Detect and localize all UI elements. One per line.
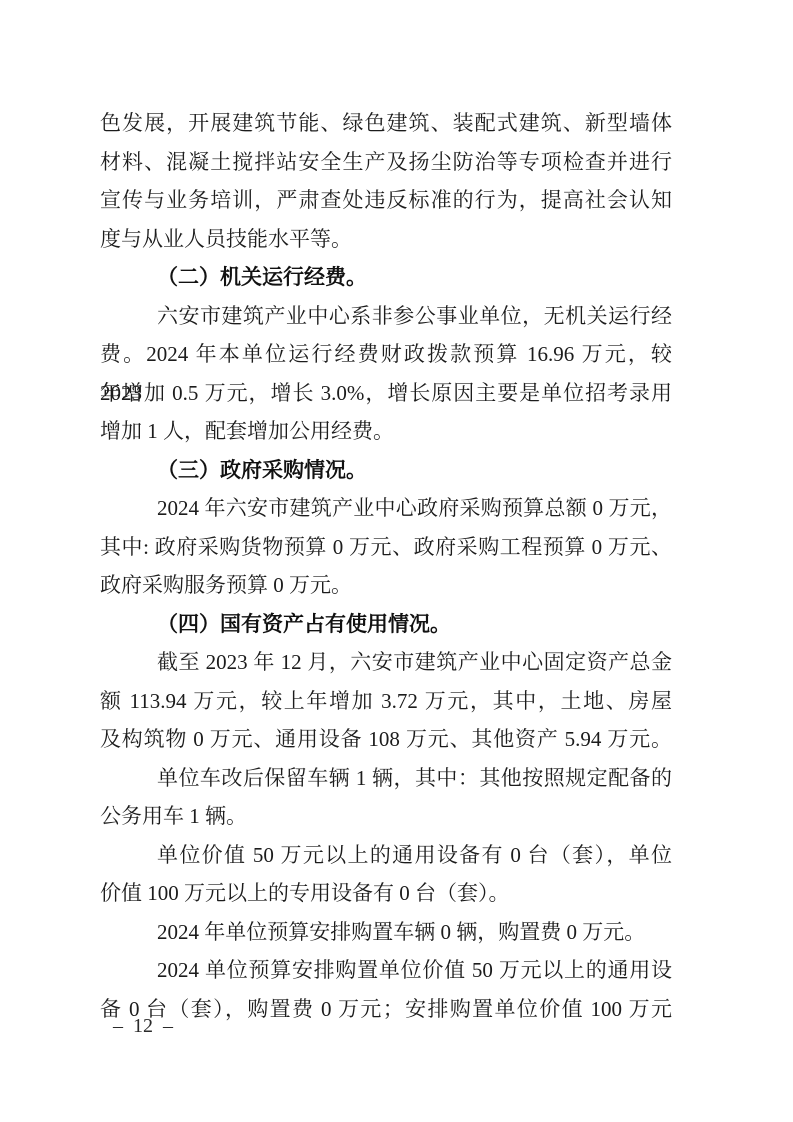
- text-line: 2024 单位预算安排购置单位价值 50 万元以上的通用设: [100, 951, 672, 990]
- paragraph: 六安市建筑产业中心系非参公事业单位，无机关运行经费。2024 年本单位运行经费财…: [100, 297, 672, 451]
- paragraph: 色发展，开展建筑节能、绿色建筑、装配式建筑、新型墙体材料、混凝土搅拌站安全生产及…: [100, 104, 672, 258]
- text-line: 公务用车 1 辆。: [100, 797, 672, 836]
- heading-line: （四）国有资产占有使用情况。: [100, 605, 672, 644]
- text-line: 六安市建筑产业中心系非参公事业单位，无机关运行经: [100, 297, 672, 336]
- text-line: 额 113.94 万元，较上年增加 3.72 万元，其中，土地、房屋: [100, 682, 672, 721]
- paragraph: 2024 年单位预算安排购置车辆 0 辆，购置费 0 万元。: [100, 913, 672, 952]
- paragraph: 2024 年六安市建筑产业中心政府采购预算总额 0 万元，其中: 政府采购货物预…: [100, 489, 672, 605]
- text-line: 2024 年单位预算安排购置车辆 0 辆，购置费 0 万元。: [100, 913, 672, 952]
- text-line: 及构筑物 0 万元、通用设备 108 万元、其他资产 5.94 万元。: [100, 720, 672, 759]
- section-heading: （四）国有资产占有使用情况。: [100, 605, 672, 644]
- paragraph: 单位车改后保留车辆 1 辆，其中：其他按照规定配备的公务用车 1 辆。: [100, 759, 672, 836]
- paragraph: 2024 单位预算安排购置单位价值 50 万元以上的通用设备 0 台（套），购置…: [100, 951, 672, 1028]
- section-heading: （二）机关运行经费。: [100, 258, 672, 297]
- heading-line: （二）机关运行经费。: [100, 258, 672, 297]
- section-heading: （三）政府采购情况。: [100, 451, 672, 490]
- text-line: 增加 1 人，配套增加公用经费。: [100, 412, 672, 451]
- text-line: 度与从业人员技能水平等。: [100, 220, 672, 259]
- text-line: 其中: 政府采购货物预算 0 万元、政府采购工程预算 0 万元、: [100, 528, 672, 567]
- text-line: 截至 2023 年 12 月，六安市建筑产业中心固定资产总金: [100, 643, 672, 682]
- paragraph: 截至 2023 年 12 月，六安市建筑产业中心固定资产总金额 113.94 万…: [100, 643, 672, 759]
- document-body: 色发展，开展建筑节能、绿色建筑、装配式建筑、新型墙体材料、混凝土搅拌站安全生产及…: [100, 104, 672, 1028]
- text-line: 年增加 0.5 万元，增长 3.0%，增长原因主要是单位招考录用: [100, 374, 672, 413]
- page-number: – 12 –: [113, 1013, 173, 1039]
- text-line: 价值 100 万元以上的专用设备有 0 台（套）。: [100, 874, 672, 913]
- heading-line: （三）政府采购情况。: [100, 451, 672, 490]
- text-line: 备 0 台（套），购置费 0 万元；安排购置单位价值 100 万元: [100, 990, 672, 1029]
- paragraph: 单位价值 50 万元以上的通用设备有 0 台（套），单位价值 100 万元以上的…: [100, 836, 672, 913]
- text-line: 单位价值 50 万元以上的通用设备有 0 台（套），单位: [100, 836, 672, 875]
- text-line: 材料、混凝土搅拌站安全生产及扬尘防治等专项检查并进行: [100, 143, 672, 182]
- text-line: 费。2024 年本单位运行经费财政拨款预算 16.96 万元，较 2023: [100, 335, 672, 374]
- text-line: 宣传与业务培训，严肃查处违反标准的行为，提高社会认知: [100, 181, 672, 220]
- text-line: 政府采购服务预算 0 万元。: [100, 566, 672, 605]
- text-line: 2024 年六安市建筑产业中心政府采购预算总额 0 万元，: [100, 489, 672, 528]
- text-line: 单位车改后保留车辆 1 辆，其中：其他按照规定配备的: [100, 759, 672, 798]
- text-line: 色发展，开展建筑节能、绿色建筑、装配式建筑、新型墙体: [100, 104, 672, 143]
- document-page: 色发展，开展建筑节能、绿色建筑、装配式建筑、新型墙体材料、混凝土搅拌站安全生产及…: [0, 0, 793, 1122]
